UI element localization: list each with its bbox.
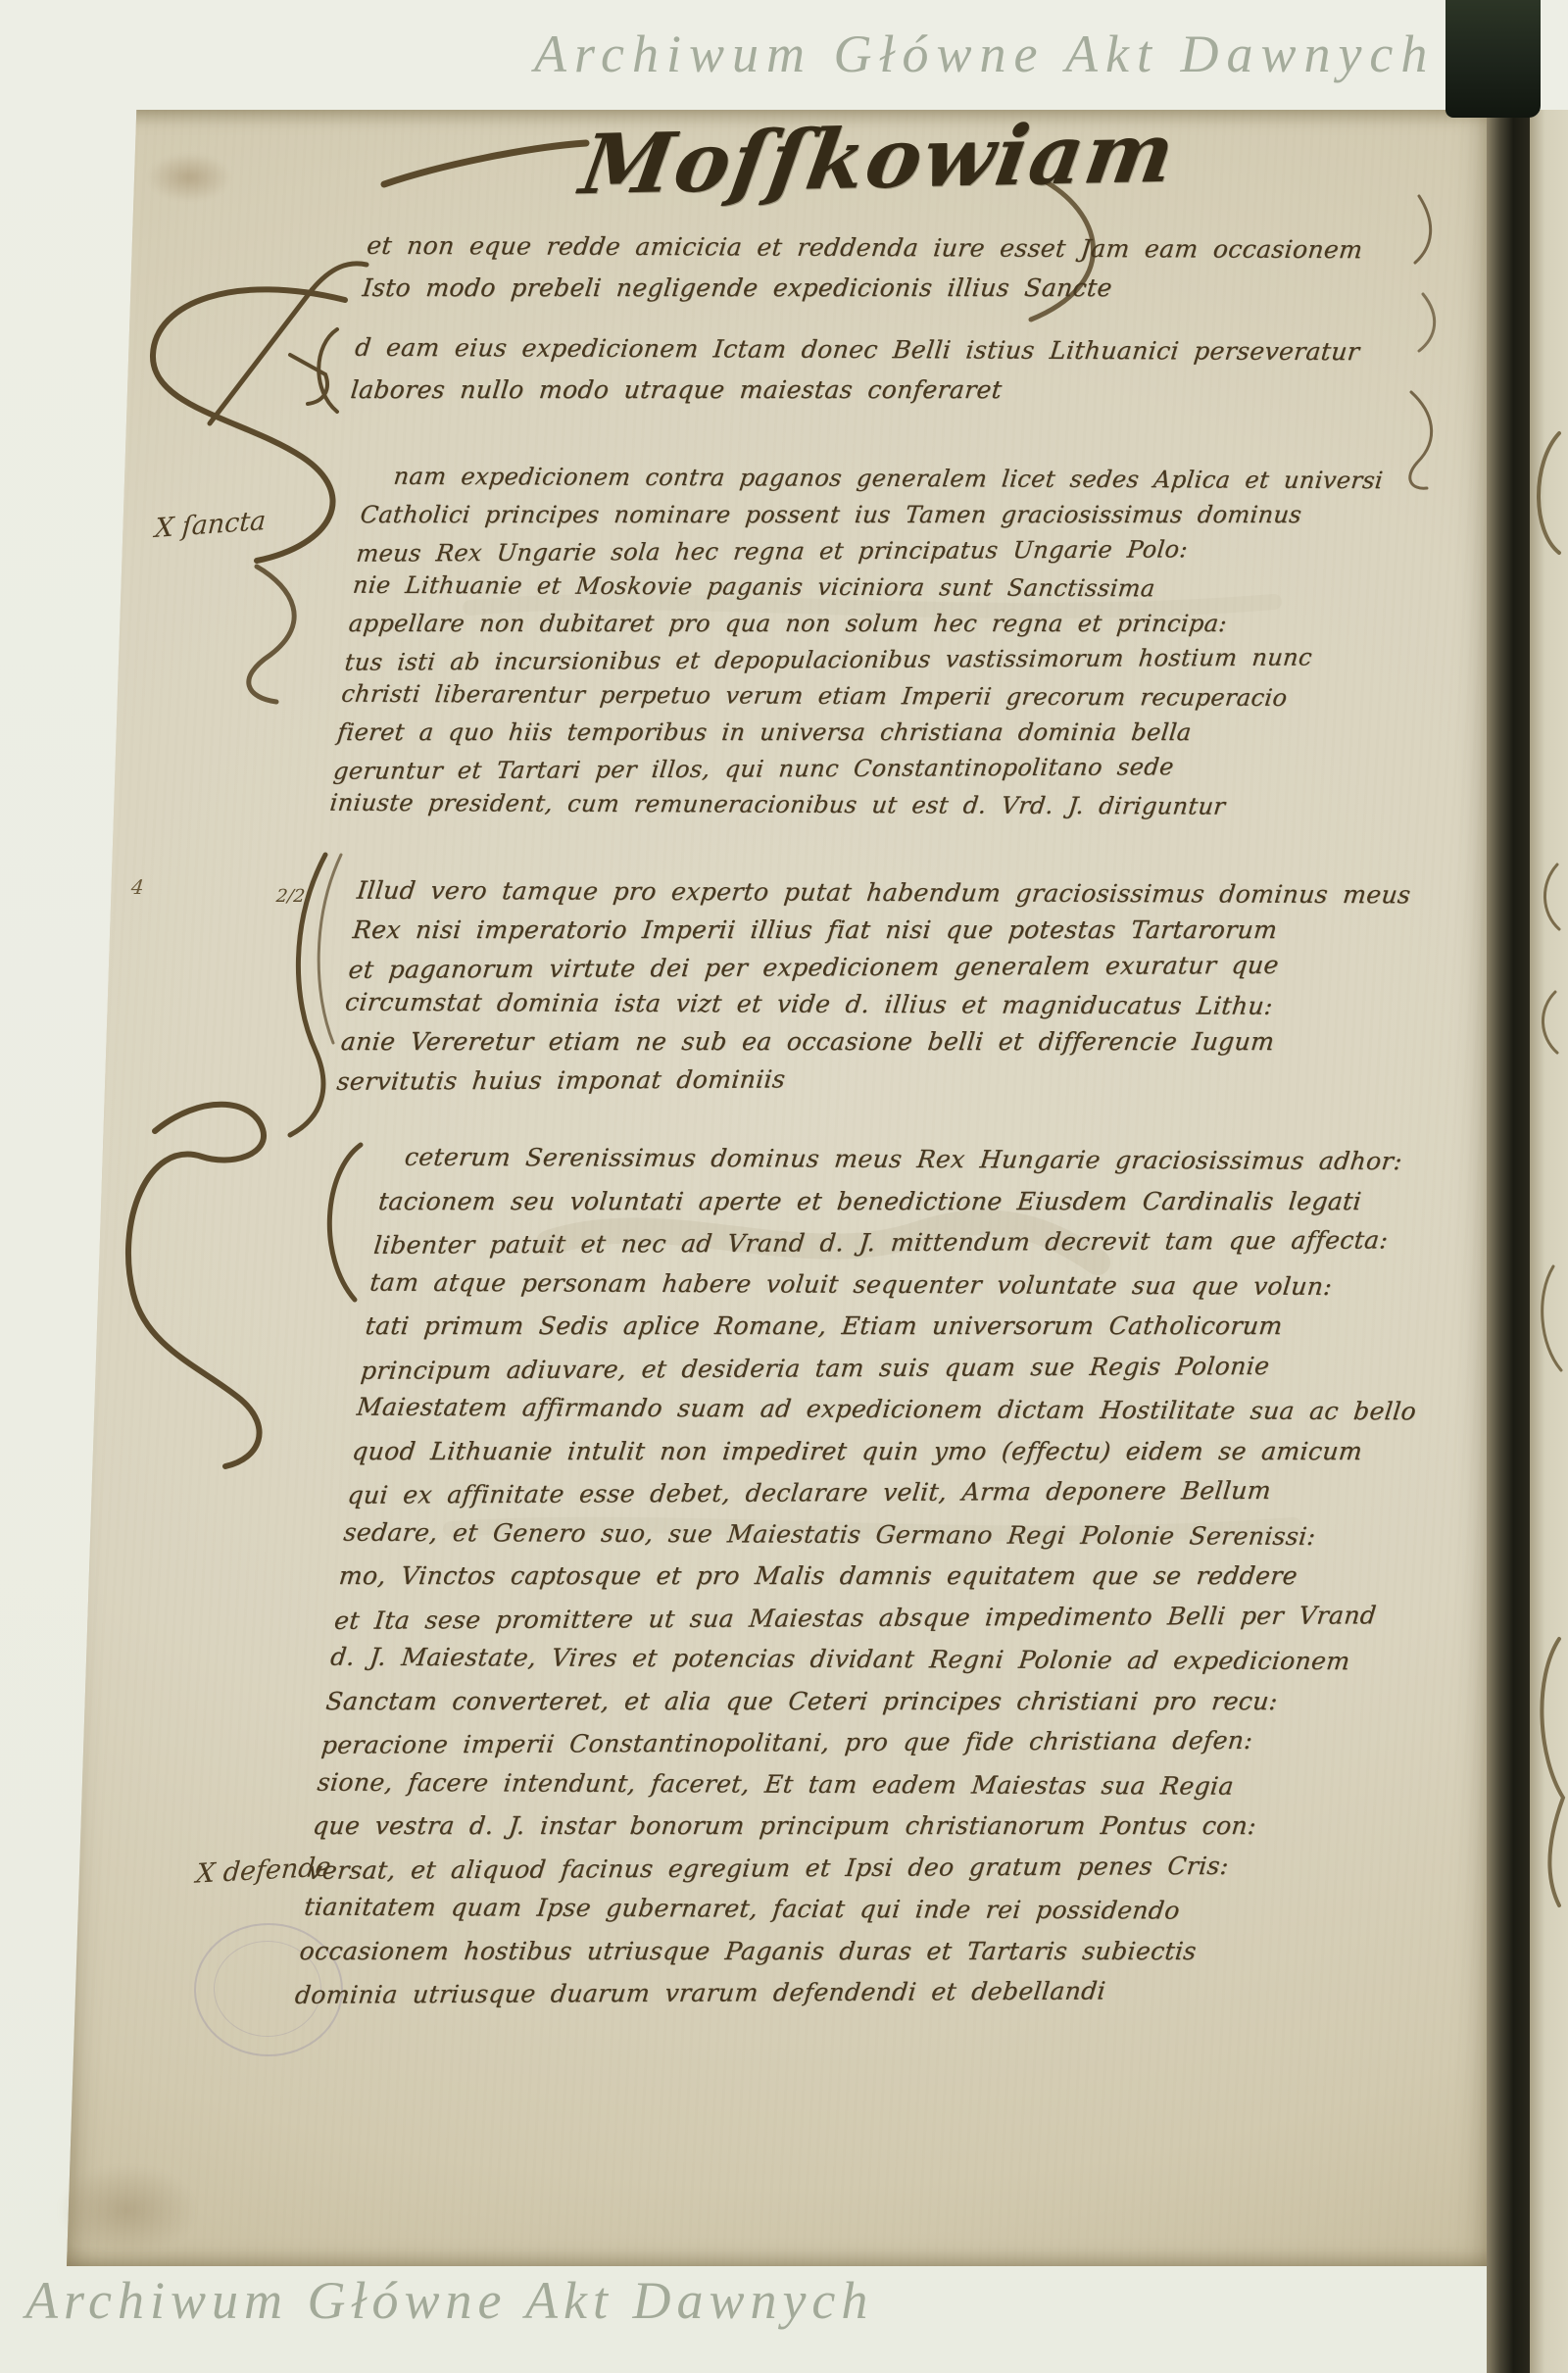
manuscript-line: libenter patuit et nec ad Vrand d. J. mi… <box>371 1219 1436 1266</box>
dark-binding-ribbon <box>1445 0 1541 118</box>
paragraph-2: d eam eius expedicionem Ictam donec Bell… <box>349 329 1362 410</box>
binding-gutter-shadow <box>1487 110 1530 2373</box>
manuscript-line: nam expedicionem contra paganos generale… <box>392 459 1385 499</box>
manuscript-line: appellare non dubitaret pro qua non solu… <box>347 606 1370 642</box>
next-page-edge <box>1530 110 1568 2373</box>
manuscript-line: servitutis huius imponat dominiis <box>335 1058 1394 1101</box>
next-page-ink-fragments <box>1530 110 1568 2373</box>
manuscript-line: d eam eius expedicionem Ictam donec Bell… <box>353 327 1361 371</box>
manuscript-line: tianitatem quam Ipse gubernaret, faciat … <box>302 1887 1366 1933</box>
manuscript-line: geruntur et Tartari per illos, qui nunc … <box>331 748 1354 789</box>
manuscript-line: qui ex affinitate esse debet, declarare … <box>346 1469 1410 1516</box>
manuscript-line: meus Rex Ungarie sola hec regna et princ… <box>355 530 1378 571</box>
manuscript-line: et Ita sese promittere ut sua Maiestas a… <box>332 1595 1396 1642</box>
manuscript-line: mo, Vinctos captosque et pro Malis damni… <box>337 1556 1401 1598</box>
manuscript-line: occasionem hostibus utriusque Paganis du… <box>298 1931 1362 1973</box>
manuscript-line: anie Vereretur etiam ne sub ea occasione… <box>339 1023 1397 1061</box>
manuscript-line: quod Lithuanie intulit non impediret qui… <box>350 1431 1414 1473</box>
margin-mark-two-two: 2/2 <box>275 886 306 907</box>
manuscript-line: tam atque personam habere voluit sequent… <box>367 1261 1432 1308</box>
corner-wear-stain <box>59 2166 196 2254</box>
page-title: Moſſkowiam <box>574 104 1183 214</box>
manuscript-line: tacionem seu voluntati aperte et benedic… <box>376 1181 1441 1223</box>
paragraph-3: nam expedicionem contra paganos generale… <box>328 461 1386 823</box>
watermark-bottom: Archiwum Główne Akt Dawnych <box>25 2270 873 2331</box>
manuscript-line: dominia utriusque duarum vrarum defenden… <box>293 1969 1357 2016</box>
margin-mark-four: 4 <box>130 875 145 899</box>
manuscript-line: et non eque redde amicicia et reddenda i… <box>365 225 1364 270</box>
manuscript-line: labores nullo modo utraque maiestas conf… <box>349 370 1358 410</box>
manuscript-line: nie Lithuanie et Moskovie paganis vicini… <box>351 568 1373 609</box>
manuscript-line: Maiestatem affirmando suam ad expedicion… <box>355 1387 1419 1433</box>
manuscript-line: peracione imperii Constantinopolitani, p… <box>319 1719 1384 1766</box>
paragraph-1: et non eque redde amicicia et reddenda i… <box>361 227 1365 308</box>
manuscript-line: Illud vero tamque pro experto putat habe… <box>355 872 1412 915</box>
manuscript-line: versat, et aliquod facinus egregium et I… <box>306 1845 1370 1892</box>
manuscript-line: sedare, et Genero suo, sue Maiestatis Ge… <box>341 1511 1405 1557</box>
archive-scan: Archiwum Główne Akt Dawnych Archiwum Głó… <box>0 0 1568 2373</box>
manuscript-line: circumstat dominia ista vizt et vide d. … <box>343 984 1400 1026</box>
manuscript-line: et paganorum virtute dei per expedicione… <box>347 946 1405 989</box>
manuscript-line: iniuste president, cum remuneracionibus … <box>328 785 1350 826</box>
manuscript-line: sione, facere intendunt, faceret, Et tam… <box>316 1761 1380 1807</box>
manuscript-line: tati primum Sedis aplice Romane, Etiam u… <box>364 1306 1428 1348</box>
paragraph-4: Illud vero tamque pro experto putat habe… <box>335 874 1413 1098</box>
manuscript-line: fieret a quo hiis temporibus in universa… <box>335 715 1358 751</box>
manuscript-line: christi liberarentur perpetuo verum etia… <box>339 676 1361 717</box>
manuscript-line: tus isti ab incursionibus et depopulacio… <box>343 639 1366 680</box>
manuscript-line: ceterum Serenissimus dominus meus Rex Hu… <box>403 1137 1445 1183</box>
manuscript-line: d. J. Maiestate, Vires et potencias divi… <box>328 1637 1393 1683</box>
manuscript-line: que vestra d. J. instar bonorum principu… <box>311 1805 1375 1848</box>
manuscript-line: Isto modo prebeli negligende expedicioni… <box>361 268 1361 308</box>
manuscript-line: principum adiuvare, et desideria tam sui… <box>359 1345 1423 1392</box>
manuscript-line: Rex nisi imperatorio Imperii illius fiat… <box>351 912 1409 949</box>
watermark-top: Archiwum Główne Akt Dawnych <box>534 24 1435 84</box>
manuscript-line: Catholici principes nominare possent ius… <box>359 497 1382 533</box>
paragraph-5: ceterum Serenissimus dominus meus Rex Hu… <box>293 1139 1445 2014</box>
ink-stain <box>147 153 231 202</box>
manuscript-line: Sanctam converteret, et alia que Ceteri … <box>323 1681 1388 1723</box>
